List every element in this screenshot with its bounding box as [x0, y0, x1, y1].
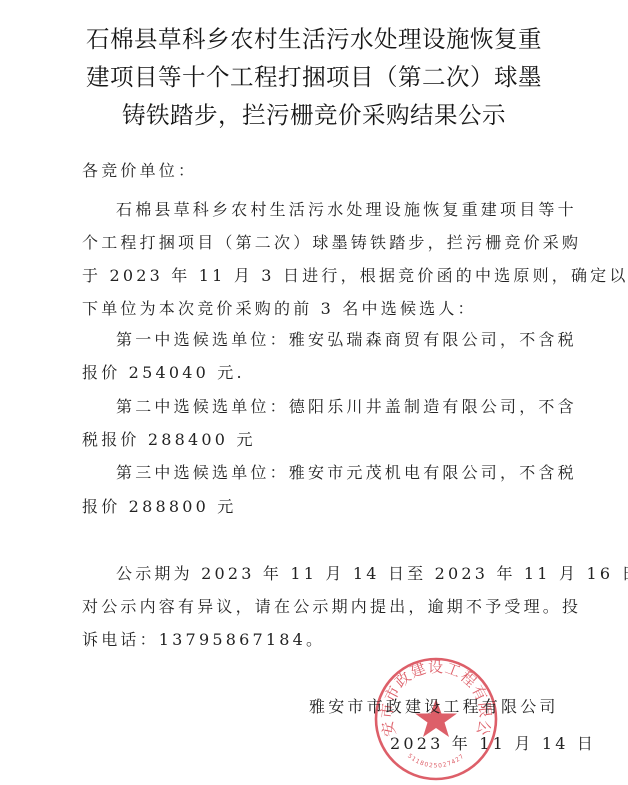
candidate-2-line-2: 税报价 288400 元 [82, 427, 256, 450]
candidate-2-line-1: 第二中选候选单位：德阳乐川井盖制造有限公司，不含 [116, 394, 577, 417]
candidate-3-line-1: 第三中选候选单位：雅安市元茂机电有限公司，不含税 [116, 460, 577, 483]
intro-line-4: 下单位为本次竞价采购的前 3 名中选候选人： [82, 296, 477, 319]
title-line-2: 建项目等十个工程打捆项目（第二次）球墨 [0, 58, 628, 96]
candidate-3-line-2: 报价 288800 元 [82, 494, 236, 517]
svg-text:5118025027427: 5118025027427 [406, 753, 466, 770]
title-line-1: 石棉县草科乡农村生活污水处理设施恢复重 [0, 20, 628, 58]
document-title: 石棉县草科乡农村生活污水处理设施恢复重 建项目等十个工程打捆项目（第二次）球墨 … [0, 20, 628, 134]
notice-line-1: 公示期为 2023 年 11 月 14 日至 2023 年 11 月 16 日，… [116, 561, 628, 584]
candidate-1-line-2: 报价 254040 元. [82, 360, 245, 383]
signature-company: 雅安市市政建设工程有限公司 [309, 694, 559, 717]
intro-line-2: 个工程打捆项目（第二次）球墨铸铁踏步，拦污栅竞价采购 [82, 230, 581, 253]
official-seal-icon: 雅安市市政建设工程有限公司 5118025027427 [372, 655, 500, 783]
salutation: 各竞价单位： [82, 158, 197, 181]
title-line-3: 铸铁踏步，拦污栅竞价采购结果公示 [0, 96, 628, 134]
signature-date: 2023 年 11 月 14 日 [390, 731, 596, 754]
candidate-1-line-1: 第一中选候选单位：雅安弘瑞森商贸有限公司，不含税 [116, 327, 577, 350]
intro-line-3: 于 2023 年 11 月 3 日进行，根据竞价函的中选原则，确定以 [82, 263, 628, 286]
intro-line-1: 石棉县草科乡农村生活污水处理设施恢复重建项目等十 [116, 197, 577, 220]
notice-line-2: 对公示内容有异议，请在公示期内提出，逾期不予受理。投 [82, 594, 581, 617]
notice-line-3: 诉电话：13795867184。 [82, 627, 325, 650]
